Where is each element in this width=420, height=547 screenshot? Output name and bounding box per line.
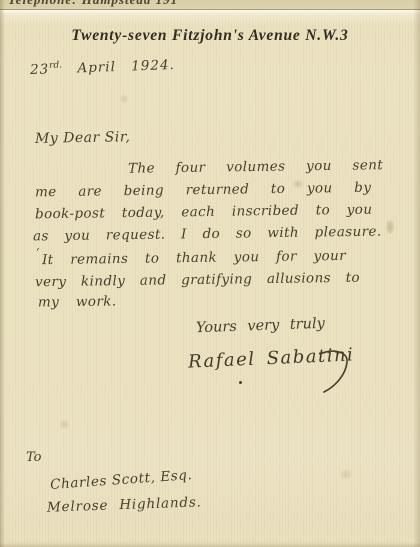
footer-address: Melrose Highlands. (47, 494, 202, 515)
footer-to-label: To (26, 450, 42, 465)
paper-stain (386, 220, 394, 234)
footer-recipient: Charles Scott, Esq. (50, 467, 193, 493)
signature-flourish-icon (318, 348, 358, 396)
crease-highlight (0, 10, 420, 26)
date-rest: April 1924. (77, 57, 175, 76)
body-line: It remains to thank you for your (42, 248, 346, 268)
salutation: My Dear Sir, (35, 129, 131, 147)
closing-line: Yours very truly (196, 316, 325, 336)
paper-edge-bottom (0, 542, 420, 547)
telephone-line: Telephone: Hampstead 191 (8, 0, 178, 8)
page-top-strip: Telephone: Hampstead 191 (0, 0, 420, 10)
date-suffix: rd. (49, 60, 62, 70)
letter-scan: Telephone: Hampstead 191 Twenty-seven Fi… (0, 0, 420, 547)
body-line: The four volumes you sent (128, 157, 383, 177)
body-line: as you request. I do so with pleasure. (33, 224, 382, 245)
body-line: very kindly and gratifying allusions to (35, 270, 360, 291)
body-line: me are being returned to you by (35, 180, 372, 201)
paper-stain (120, 95, 128, 103)
paper-edge-left (0, 0, 5, 547)
paper-stain (340, 470, 352, 479)
paper-stain (60, 420, 69, 429)
pen-mark: ‘ (36, 246, 40, 259)
body-line: my work. (38, 293, 117, 310)
paper-edge-right (413, 0, 420, 547)
signature-ink-dot (239, 381, 242, 384)
body-line: book-post today, each inscribed to you (35, 202, 373, 223)
letterhead-address: Twenty-seven Fitzjohn's Avenue N.W.3 (0, 27, 420, 45)
date-line: 23rd. April 1924. (30, 56, 175, 78)
date-day: 23 (30, 61, 50, 78)
